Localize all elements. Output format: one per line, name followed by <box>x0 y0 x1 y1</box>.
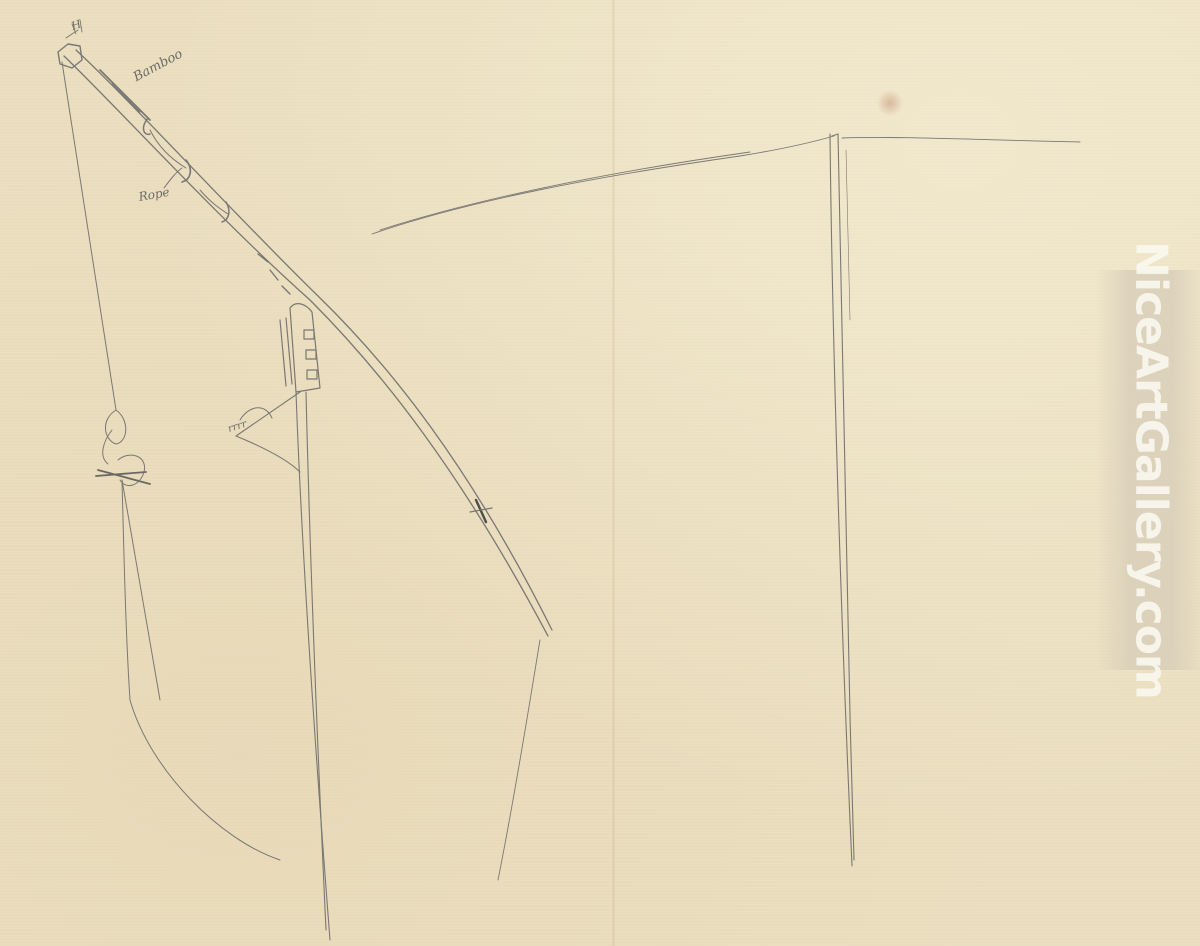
rope-binding <box>150 130 228 214</box>
watermark-text: NiceArtGallery.com <box>1126 241 1177 699</box>
middle-mast <box>236 392 330 940</box>
bamboo-spar <box>64 50 552 636</box>
pencil-drawing <box>0 0 1200 946</box>
right-yard <box>372 136 1080 234</box>
pulley-block <box>280 304 320 392</box>
spar-tail <box>498 640 540 880</box>
watermark: NiceArtGallery.com <box>1096 270 1200 670</box>
right-pole <box>830 134 854 866</box>
sketch-paper: Bamboo Rope rrrr H NiceArtGallery.com <box>0 0 1200 946</box>
left-rope <box>62 62 280 860</box>
